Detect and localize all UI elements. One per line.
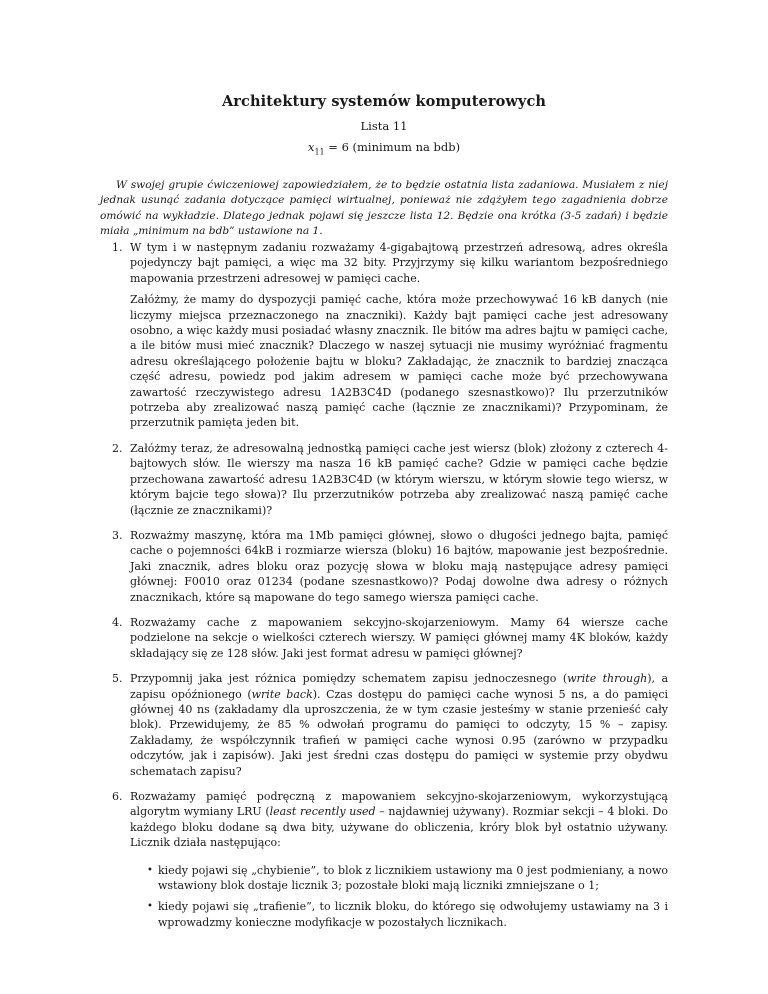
bullet-text: kiedy pojawi się „chybienie”, to blok z … <box>158 864 668 892</box>
task-3: 3. Rozważmy maszynę, która ma 1Mb pamięc… <box>100 528 668 605</box>
minimum-text: = 6 (minimum na bdb) <box>325 140 460 154</box>
variable-subscript: 11 <box>314 147 324 156</box>
term-write-back: write back <box>252 688 313 701</box>
minimum-score-line: x11 = 6 (minimum na bdb) <box>0 140 768 156</box>
document-page: Architektury systemów komputerowych List… <box>0 0 768 994</box>
task-paragraph: Rozważamy cache z mapowaniem sekcyjno-sk… <box>130 615 668 661</box>
task-paragraph: W tym i w następnym zadaniu rozważamy 4-… <box>130 240 668 286</box>
task-number: 6. <box>112 789 123 804</box>
bullet-list: • kiedy pojawi się „chybienie”, to blok … <box>130 863 668 931</box>
bullet-icon: • <box>147 899 153 914</box>
term-write-through: write through <box>567 672 647 685</box>
task-number: 3. <box>112 528 123 543</box>
bullet-icon: • <box>147 863 153 878</box>
bullet-text: kiedy pojawi się „trafienie”, to licznik… <box>158 900 668 928</box>
task-paragraph: Rozważamy pamięć podręczną z mapowaniem … <box>130 789 668 851</box>
task-6: 6. Rozważamy pamięć podręczną z mapowani… <box>100 789 668 930</box>
task-list: 1. W tym i w następnym zadaniu rozważamy… <box>100 240 668 940</box>
text-run: ). Czas dostępu do pamięci cache wynosi … <box>130 688 668 778</box>
intro-paragraph: W swojej grupie ćwiczeniowej zapowiedzia… <box>100 178 668 239</box>
task-paragraph: Załóżmy, że mamy do dyspozycji pamięć ca… <box>130 292 668 431</box>
task-paragraph: Rozważmy maszynę, która ma 1Mb pamięci g… <box>130 528 668 605</box>
list-number: Lista 11 <box>0 119 768 133</box>
term-lru: least recently used <box>270 805 376 818</box>
task-number: 5. <box>112 671 123 686</box>
text-run: Przypomnij jaka jest różnica pomiędzy sc… <box>130 672 567 685</box>
task-number: 1. <box>112 240 123 255</box>
task-1: 1. W tym i w następnym zadaniu rozważamy… <box>100 240 668 431</box>
task-paragraph: Załóżmy teraz, że adresowalną jednostką … <box>130 441 668 518</box>
task-number: 2. <box>112 441 123 456</box>
task-2: 2. Załóżmy teraz, że adresowalną jednost… <box>100 441 668 518</box>
bullet-item: • kiedy pojawi się „chybienie”, to blok … <box>130 863 668 894</box>
document-title: Architektury systemów komputerowych <box>0 93 768 110</box>
task-number: 4. <box>112 615 123 630</box>
bullet-item: • kiedy pojawi się „trafienie”, to liczn… <box>130 899 668 930</box>
task-4: 4. Rozważamy cache z mapowaniem sekcyjno… <box>100 615 668 661</box>
task-5: 5. Przypomnij jaka jest różnica pomiędzy… <box>100 671 668 779</box>
task-paragraph: Przypomnij jaka jest różnica pomiędzy sc… <box>130 671 668 779</box>
